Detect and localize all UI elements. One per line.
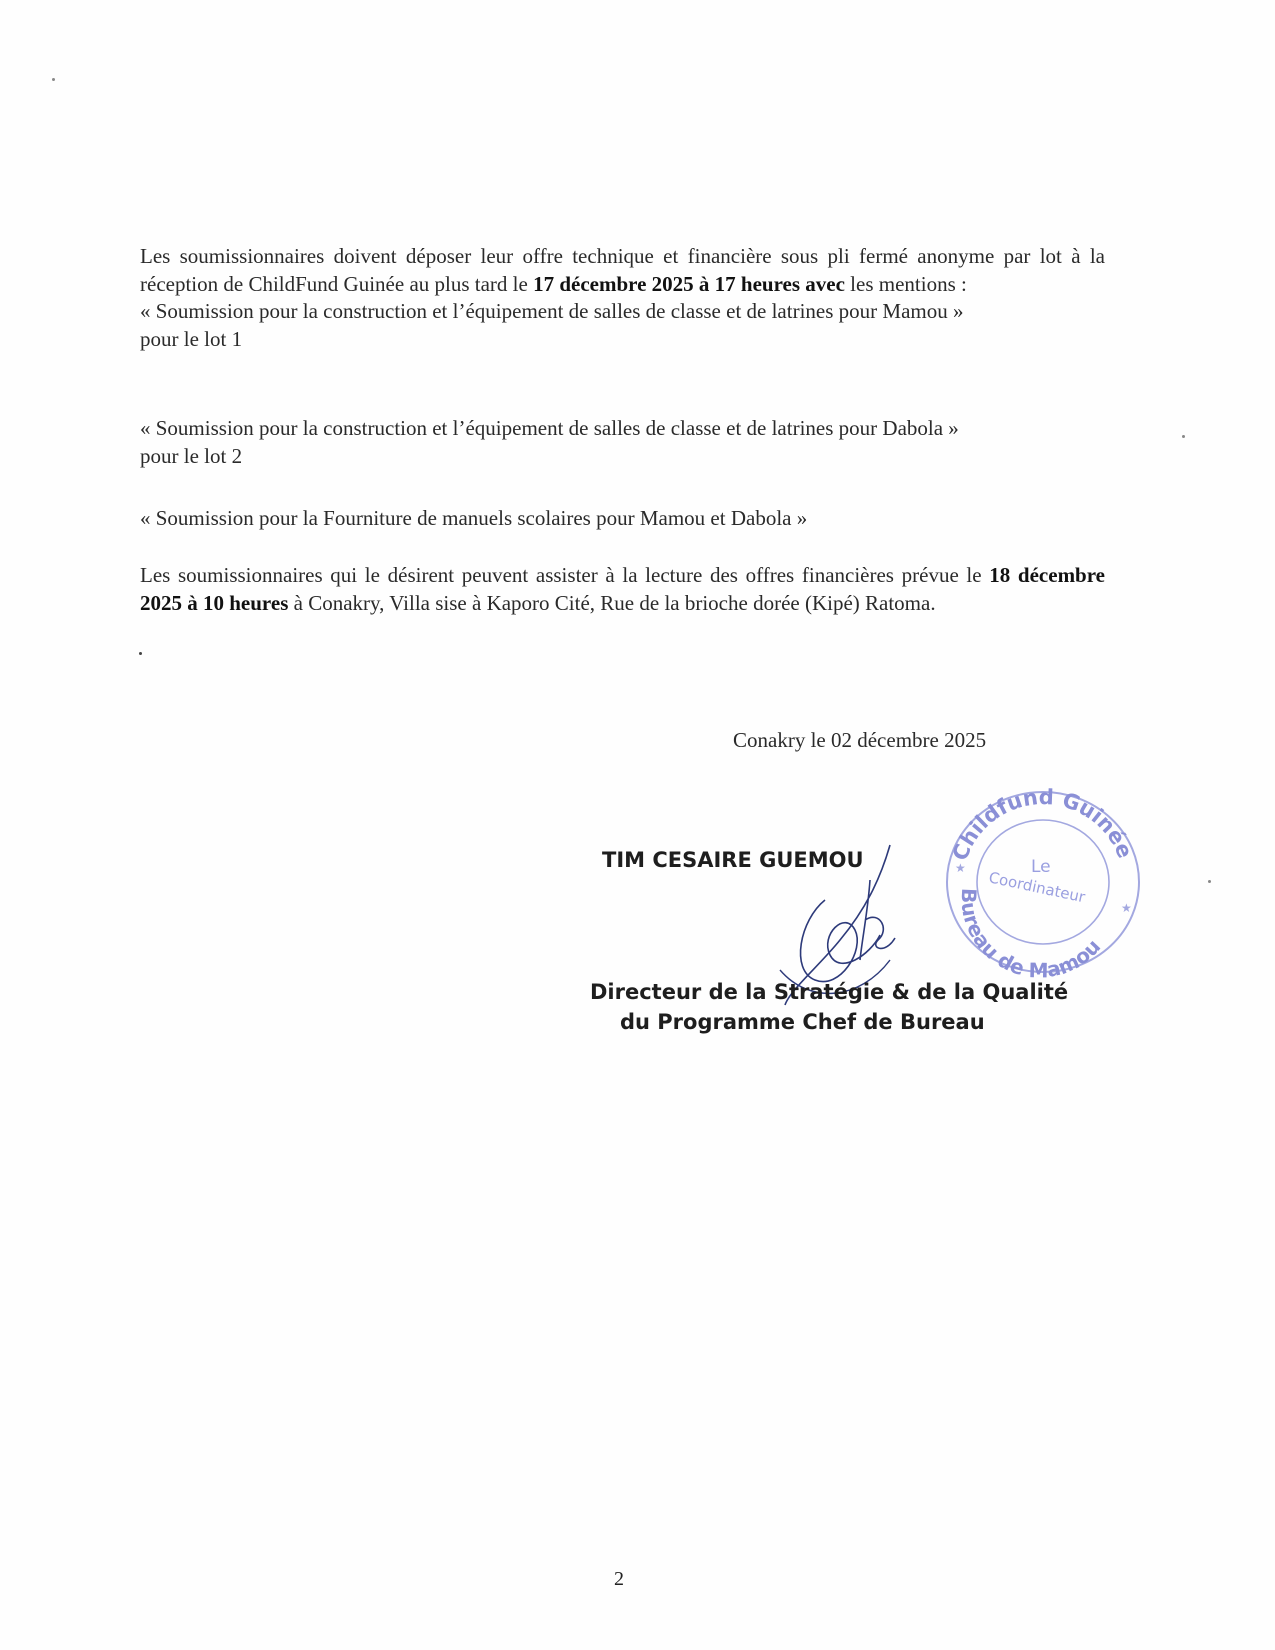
lot2-label: pour le lot 2: [140, 444, 242, 468]
lot2-paragraph: « Soumission pour la construction et l’é…: [140, 415, 1105, 470]
lot3-paragraph: « Soumission pour la Fourniture de manue…: [140, 505, 1105, 533]
document-page: Les soumissionnaires doivent déposer leu…: [0, 0, 1275, 1650]
opening-session-paragraph: Les soumissionnaires qui le désirent peu…: [140, 562, 1105, 617]
lot2-mention: « Soumission pour la construction et l’é…: [140, 416, 959, 440]
stray-dot: [139, 652, 142, 655]
official-stamp-icon: Childfund Guinée Bureau de Mamou Le Coor…: [935, 782, 1145, 982]
page-number: 2: [614, 1568, 624, 1591]
svg-text:Childfund Guinée: Childfund Guinée: [948, 785, 1137, 864]
scan-speck: [1182, 435, 1185, 438]
opening-location-text: à Conakry, Villa sise à Kaporo Cité, Rue…: [288, 591, 935, 615]
lot1-mention: « Soumission pour la construction et l’é…: [140, 299, 963, 323]
lot3-mention: « Soumission pour la Fourniture de manue…: [140, 506, 807, 530]
signer-title-line2: du Programme Chef de Bureau: [620, 1010, 985, 1034]
signer-title-line1: Directeur de la Stratégie & de la Qualit…: [590, 980, 1068, 1004]
intro-post-text: les mentions :: [845, 272, 967, 296]
deadline-text: 17 décembre 2025 à 17 heures avec: [533, 272, 845, 296]
submission-instructions-paragraph: Les soumissionnaires doivent déposer leu…: [140, 243, 1105, 353]
scan-speck: [52, 78, 55, 81]
svg-text:★: ★: [1121, 901, 1132, 915]
place-date: Conakry le 02 décembre 2025: [733, 728, 986, 753]
svg-text:Le: Le: [1031, 857, 1051, 877]
svg-text:★: ★: [955, 861, 966, 875]
scan-speck: [1208, 880, 1211, 883]
opening-text: Les soumissionnaires qui le désirent peu…: [140, 563, 989, 587]
lot1-label: pour le lot 1: [140, 327, 242, 351]
